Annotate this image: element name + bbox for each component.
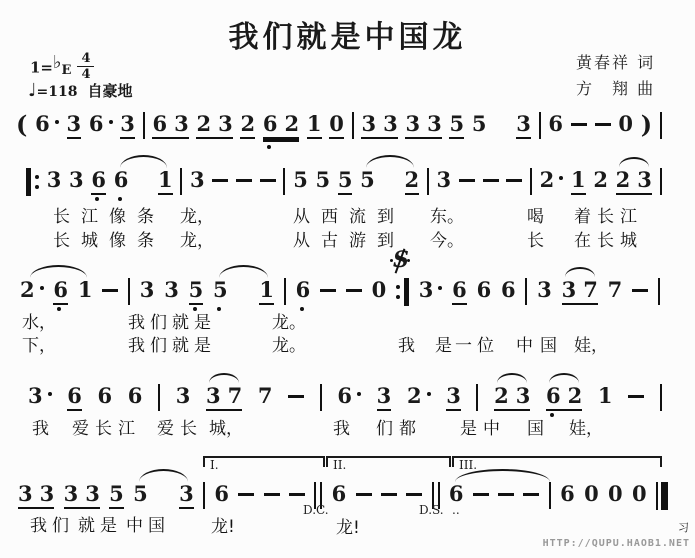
dash-note-extension (346, 289, 362, 292)
note-digit: 0 (618, 112, 633, 136)
volta-label: II. (333, 458, 346, 472)
digit: 2 (405, 167, 420, 192)
dash-note-extension (289, 493, 305, 496)
note-digit: 2 (405, 168, 420, 192)
repeat-dot (35, 185, 39, 189)
note-digit: 3 (179, 482, 194, 506)
digit: 6 (53, 277, 68, 302)
digit: 6 (214, 481, 229, 506)
digit: 3 (405, 111, 420, 136)
note: 5 (189, 278, 204, 305)
repeat-start-barline (26, 168, 39, 196)
note-digit: 1 (78, 278, 93, 302)
digit: 2 (494, 383, 509, 408)
digit: 3 (140, 277, 155, 302)
digit: 6 (98, 383, 113, 408)
lyric-text: 在长城 (574, 226, 643, 251)
key-note: E (62, 63, 72, 78)
lyric-text: 我们 (30, 511, 74, 536)
lyric-text: 龙。 (272, 331, 306, 356)
note-digit: 3 (69, 168, 84, 192)
digit: 5 (109, 481, 124, 506)
note: 1 (571, 168, 586, 195)
digit: 0 (632, 481, 647, 506)
dash-note-extension (260, 179, 276, 182)
barline (539, 112, 541, 139)
digit: 0 (329, 111, 344, 136)
note-digit: 3 (405, 112, 420, 136)
digit: 1 (78, 277, 93, 302)
note-digit: 6 (35, 112, 50, 136)
digit: 3 (446, 383, 461, 408)
beamed-notes: 63 (152, 112, 188, 139)
beamed-notes: 23 (494, 384, 530, 411)
dash-note-extension (506, 179, 522, 182)
low-octave-dot (267, 145, 271, 149)
note-digit: 3 (18, 482, 33, 506)
lyric-text: 从古游到 (293, 226, 405, 251)
beamed-notes: 62 (546, 384, 582, 411)
note-digit: 6 (452, 278, 467, 302)
dash-note-extension (356, 493, 372, 496)
digit: 0 (608, 481, 623, 506)
note-digit: 6 (477, 278, 492, 302)
note-digit: 6 (98, 384, 113, 408)
note: 5 (472, 112, 487, 136)
lyric-text: 下， (22, 331, 56, 356)
note: 6 (332, 482, 347, 506)
digit: 2 (568, 383, 583, 408)
tempo-value: =118 (37, 84, 78, 100)
dash-note-extension (238, 493, 254, 496)
note-digit: 3 (437, 168, 452, 192)
lyric-text: 长江像条 (53, 202, 165, 227)
direction-mark: D.C. (303, 503, 329, 517)
dash-note-extension (236, 179, 252, 182)
beamed-notes: 37 (206, 384, 242, 411)
barline (284, 278, 286, 305)
note-digit: 2 (407, 384, 422, 408)
note-digit: 6 (91, 168, 106, 192)
note-digit: 3 (419, 278, 434, 302)
beamed-notes: 37 (562, 278, 598, 305)
dash-note-extension (320, 289, 336, 292)
note-digit: 7 (258, 384, 273, 408)
digit: 7 (258, 383, 273, 408)
note-digit: 6 (546, 384, 561, 408)
note: 3 (179, 482, 194, 509)
beamed-notes: 33 (64, 482, 100, 509)
digit: 6 (128, 383, 143, 408)
rest-note: 0 (584, 482, 599, 506)
note: 5 (360, 168, 375, 192)
lyric-text: 是一 (435, 331, 475, 356)
barline (660, 384, 662, 411)
sheet-music-page: 我们就是中国龙 1=♭E44 ♩=118自豪地 黄春祥 词 方 翔 曲 (636… (0, 0, 695, 558)
note: 6 (337, 384, 361, 408)
digit: 6 (296, 277, 311, 302)
digit: 6 (263, 111, 278, 136)
note-digit: 2 (196, 112, 211, 136)
digit: 3 (190, 167, 205, 192)
lyric-text: 国 (527, 414, 544, 439)
lyric-text: 们都 (376, 414, 422, 439)
note-digit: 2 (285, 112, 300, 136)
note: 2 (20, 278, 44, 302)
dash-note-extension (571, 123, 587, 126)
digit: 3 (120, 111, 135, 136)
rest-note: 0 (608, 482, 623, 506)
rest-note: 0 (632, 482, 647, 506)
note: 5 (109, 482, 124, 509)
note: 3 (377, 384, 392, 411)
digit: 1 (571, 167, 586, 192)
lyric-text: 我 (398, 331, 415, 356)
note: 1 (307, 112, 322, 139)
barline (525, 278, 527, 305)
digit: 2 (285, 111, 300, 136)
lyric-text: 我们就是 (128, 331, 216, 356)
time-signature: 44 (77, 52, 94, 81)
dash-note-extension (632, 289, 648, 292)
note: 6 (501, 278, 516, 302)
note-digit: 3 (562, 278, 577, 302)
note-digit: 6 (337, 384, 352, 408)
note-digit: 1 (259, 278, 274, 302)
barline (320, 384, 322, 411)
note-digit: 2 (540, 168, 555, 192)
slur (120, 155, 167, 168)
watermark-glyph: 习 (678, 519, 689, 535)
note-digit: 3 (361, 112, 376, 136)
note-digit: 3 (176, 384, 191, 408)
digit: 6 (89, 111, 104, 136)
note: 3 (140, 278, 155, 302)
lyric-text: 爱长江 (72, 414, 141, 439)
note-digit: 5 (293, 168, 308, 192)
note-digit: 3 (28, 384, 43, 408)
note-digit: 2 (568, 384, 583, 408)
low-octave-dot (550, 413, 554, 417)
music-system: 33335536666000 (18, 482, 668, 510)
note-digit: 3 (64, 482, 79, 506)
duration-dot (357, 392, 361, 396)
volta-label: III. (459, 458, 477, 472)
note: 3 (516, 112, 531, 139)
flat-icon: ♭ (53, 52, 62, 73)
note-digit: 3 (40, 482, 55, 506)
note: 5 (316, 168, 331, 192)
lyric-text: 龙。 (272, 308, 306, 333)
digit: 5 (133, 481, 148, 506)
note-digit: 1 (307, 112, 322, 136)
note-digit: 3 (120, 112, 135, 136)
barline (476, 384, 478, 411)
note-digit: 6 (67, 384, 82, 408)
digit: 3 (64, 481, 79, 506)
digit: 2 (540, 167, 555, 192)
note-digit: 3 (85, 482, 100, 506)
note: 6 (452, 278, 467, 305)
slur (619, 157, 649, 167)
note-digit: 6 (263, 112, 278, 136)
note: 6 (477, 278, 492, 302)
final-bar-thin (656, 482, 658, 510)
low-octave-dot (95, 197, 99, 201)
note-digit: 3 (218, 112, 233, 136)
segno-icon: S (390, 247, 410, 275)
dash-note-extension (473, 493, 489, 496)
digit: 3 (85, 481, 100, 506)
note-digit: 6 (548, 112, 563, 136)
note: 6 (53, 278, 68, 305)
slur (366, 155, 414, 168)
digit: 5 (449, 111, 464, 136)
digit: 3 (176, 383, 191, 408)
note: 3 (446, 384, 461, 411)
dash-note-extension (264, 493, 280, 496)
note-digit: 5 (449, 112, 464, 136)
note: 3 (190, 168, 205, 192)
lyric-text: 龙， (180, 202, 214, 227)
note: 5 (338, 168, 353, 195)
barline (283, 168, 285, 195)
note-digit: 2 (20, 278, 35, 302)
beamed-notes: 62 (263, 112, 299, 139)
note: 3 (419, 278, 443, 302)
repeat-dot (396, 295, 400, 299)
barline (352, 112, 354, 139)
digit: 3 (377, 383, 392, 408)
note-digit: 0 (329, 112, 344, 136)
note-digit: 5 (316, 168, 331, 192)
digit: 5 (360, 167, 375, 192)
note: 2 (405, 168, 420, 195)
digit: 3 (67, 111, 82, 136)
time-signature-denominator: 4 (77, 67, 94, 81)
note: 7 (258, 384, 273, 408)
repeat-dot (396, 285, 400, 289)
digit: 3 (437, 167, 452, 192)
barline (658, 278, 660, 305)
note: 6 (67, 384, 82, 411)
digit: 3 (179, 481, 194, 506)
note: 5 (293, 168, 308, 192)
note-digit: 6 (152, 112, 167, 136)
duration-dot (427, 392, 431, 396)
digit: 6 (152, 111, 167, 136)
digit: 3 (516, 383, 531, 408)
digit: 3 (361, 111, 376, 136)
digit: 5 (213, 277, 228, 302)
digit: 3 (537, 277, 552, 302)
parenthesis: ( (16, 112, 27, 138)
dash-note-extension (595, 123, 611, 126)
duration-dot (40, 286, 44, 290)
quarter-note-icon: ♩ (28, 80, 37, 101)
note-digit: 1 (598, 384, 613, 408)
beamed-notes: 23 (196, 112, 232, 139)
note: 1 (78, 278, 93, 302)
digit: 2 (196, 111, 211, 136)
slur (30, 265, 87, 278)
repeat-dots (35, 175, 39, 189)
lyric-text: 长城像条 (53, 226, 165, 251)
lyric-text: 是中 (460, 414, 506, 439)
digit: 5 (316, 167, 331, 192)
dash-note-extension (628, 395, 644, 398)
note: 1 (259, 278, 274, 305)
digit: 6 (67, 383, 82, 408)
barline (530, 168, 532, 195)
duration-dot (438, 286, 442, 290)
digit: 0 (618, 111, 633, 136)
lyric-text: 我 (333, 414, 350, 439)
note: 2 (540, 168, 564, 192)
digit: 3 (637, 167, 652, 192)
note-digit: 6 (89, 112, 104, 136)
barline (203, 482, 205, 509)
note-digit: 5 (472, 112, 487, 136)
duration-dot (109, 120, 113, 124)
rest-note: 0 (329, 112, 344, 139)
dash-note-extension (498, 493, 514, 496)
note-digit: 5 (189, 278, 204, 302)
source-url: HTTP://QUPU.HAOB1.NET (543, 538, 690, 549)
digit: 6 (114, 167, 129, 192)
lyric-text: 龙， (180, 226, 214, 251)
note-digit: 5 (213, 278, 228, 302)
note-digit: 3 (637, 168, 652, 192)
note: 1 (158, 168, 173, 195)
lyric-text: 我们就是 (128, 308, 216, 333)
dash-note-extension (288, 395, 304, 398)
note: 6 (214, 482, 229, 506)
note: 3 (120, 112, 135, 139)
note-digit: 0 (372, 278, 387, 302)
dash-note-extension (381, 493, 397, 496)
note-digit: 3 (190, 168, 205, 192)
digit: 6 (452, 277, 467, 302)
repeat-end-barline: S (396, 278, 409, 306)
digit: 2 (407, 383, 422, 408)
note-digit: 3 (377, 384, 392, 408)
slur (209, 373, 239, 383)
lyric-text: 娃， (574, 331, 608, 356)
digit: 3 (18, 481, 33, 506)
note-digit: 5 (133, 482, 148, 506)
barline (128, 278, 130, 305)
dash-note-extension (459, 179, 475, 182)
slur (497, 373, 527, 383)
note-digit: 6 (53, 278, 68, 302)
digit: 6 (501, 277, 516, 302)
note-digit: 3 (67, 112, 82, 136)
note: 6 (89, 112, 113, 136)
note-digit: 5 (109, 482, 124, 506)
note-digit: 3 (47, 168, 62, 192)
volta-bracket: III. (452, 456, 662, 467)
note-digit: 3 (140, 278, 155, 302)
note-digit: 6 (114, 168, 129, 192)
note: 3 (28, 384, 52, 408)
note-digit: 1 (571, 168, 586, 192)
digit: 6 (35, 111, 50, 136)
digit: 1 (598, 383, 613, 408)
beamed-notes: 23 (616, 168, 652, 195)
note-digit: 1 (158, 168, 173, 192)
beamed-notes: 33 (361, 112, 397, 139)
note-digit: 3 (537, 278, 552, 302)
note-digit: 3 (383, 112, 398, 136)
digit: 3 (562, 277, 577, 302)
note-digit: 2 (240, 112, 255, 136)
digit: 6 (332, 481, 347, 506)
note-digit: 3 (174, 112, 189, 136)
digit: 3 (383, 111, 398, 136)
note-digit: 3 (427, 112, 442, 136)
digit: 1 (307, 111, 322, 136)
note: 3 (537, 278, 552, 302)
rest-note: 0 (618, 112, 633, 136)
volta-label: I. (210, 458, 219, 472)
lyric-text: 东。 (430, 202, 464, 227)
note: 6 (35, 112, 59, 136)
note-digit: 6 (501, 278, 516, 302)
music-system: (6363632326210333355360) (16, 112, 662, 139)
note-digit: 0 (584, 482, 599, 506)
slur (565, 267, 595, 277)
lyric-text: 爱长 (157, 414, 203, 439)
lyric-text: 着长江 (574, 202, 643, 227)
lyric-text: 从西流到 (293, 202, 405, 227)
final-barline (656, 482, 668, 510)
digit: 5 (293, 167, 308, 192)
digit: 6 (548, 111, 563, 136)
digit: 7 (228, 383, 243, 408)
note-digit: 2 (494, 384, 509, 408)
digit: 0 (584, 481, 599, 506)
digit: 6 (477, 277, 492, 302)
parenthesis: ) (641, 112, 652, 138)
beamed-notes: 33 (405, 112, 441, 139)
digit: 2 (616, 167, 631, 192)
music-system: 2613355160S36663377 (20, 278, 660, 306)
lyric-text: 娃， (569, 414, 603, 439)
volta-bracket: II. (326, 456, 451, 467)
digit: 7 (608, 277, 623, 302)
note: 5 (133, 482, 148, 506)
digit: 6 (560, 481, 575, 506)
note: 3 (67, 112, 82, 139)
digit: 5 (338, 167, 353, 192)
note: 7 (608, 278, 623, 302)
rest-note: 0 (372, 278, 387, 302)
note-digit: 6 (332, 482, 347, 506)
lyric-text: 就是 (78, 511, 122, 536)
barline (143, 112, 145, 139)
digit: 3 (47, 167, 62, 192)
digit: 6 (546, 383, 561, 408)
note-digit: 3 (516, 112, 531, 136)
low-octave-dot (57, 307, 61, 311)
repeat-dots (396, 285, 400, 299)
note-digit: 2 (593, 168, 608, 192)
duration-dot (55, 120, 59, 124)
digit: 3 (419, 277, 434, 302)
note-digit: 3 (164, 278, 179, 302)
digit: 1 (158, 167, 173, 192)
